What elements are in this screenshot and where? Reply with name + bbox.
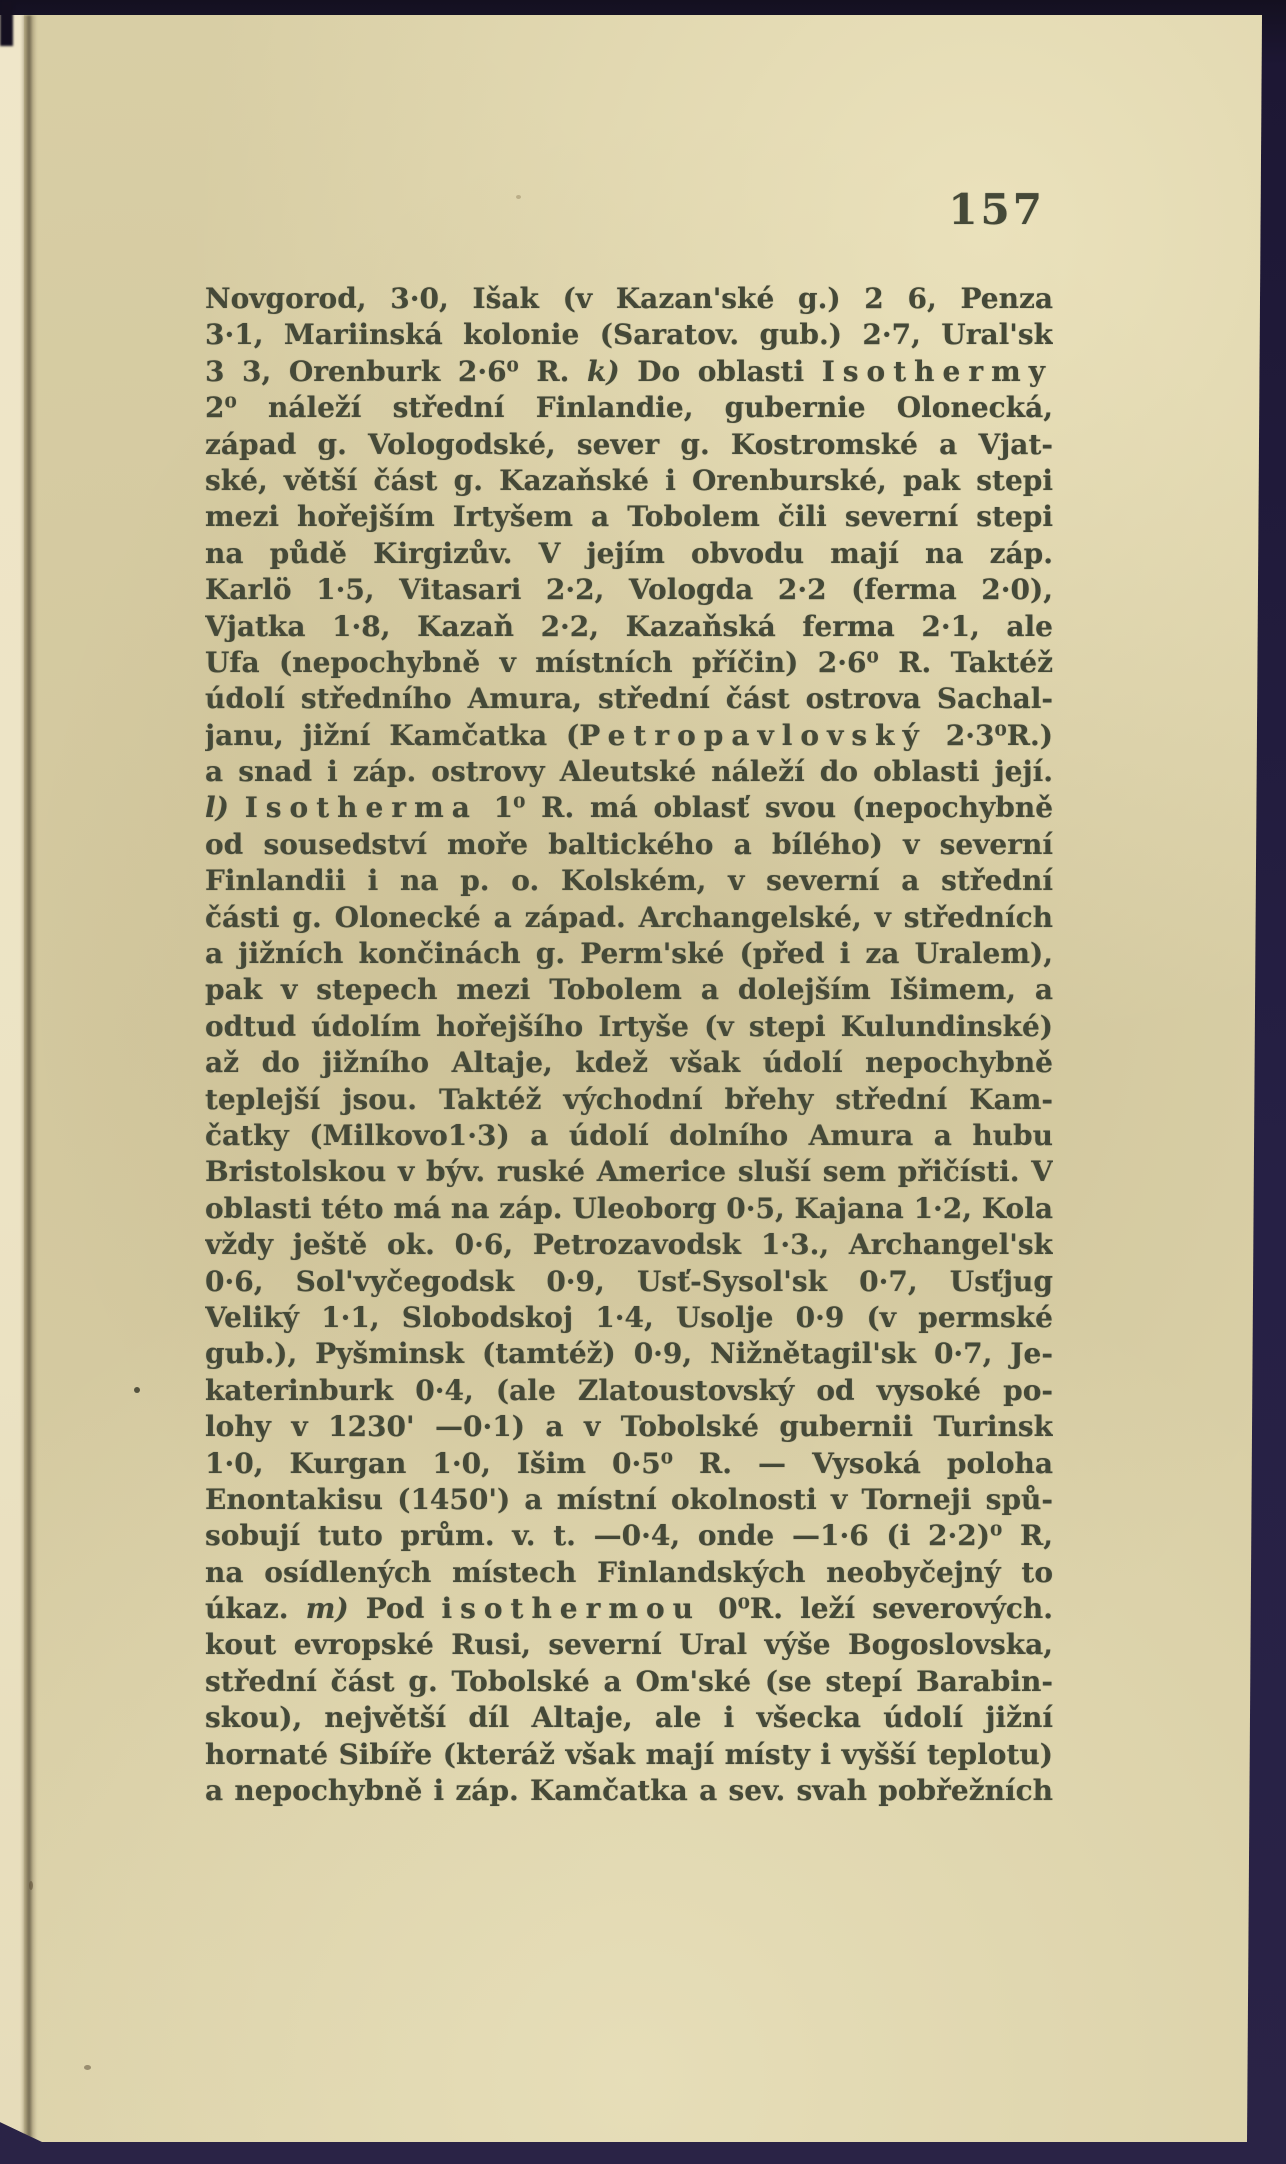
text-line: střední část g. Tobolské a Om'ské (se st… [205, 1664, 1053, 1700]
text-line: skou), největší díl Altaje, ale i všecka… [205, 1700, 1053, 1736]
text-line: lohy v 1230' —0·1) a v Tobolské gubernii… [205, 1409, 1053, 1445]
text-line: sobují tuto prům. v. t. —0·4, onde —1·6 … [205, 1518, 1053, 1554]
text-line: ské, větší část g. Kazaňské i Orenburské… [205, 463, 1053, 499]
ink-speck [516, 195, 521, 199]
text-line: údolí středního Amura, střední část ostr… [205, 681, 1053, 717]
text-line: gub.), Pyšminsk (tamtéž) 0·9, Nižnětagil… [205, 1336, 1053, 1372]
text-line: Enontakisu (1450') a místní okolnosti v … [205, 1482, 1053, 1518]
text-line: odtud údolím hořejšího Irtyše (v stepi K… [205, 1009, 1053, 1045]
text-line: l) Isotherma 1⁰ R. má oblasť svou (nepoc… [205, 790, 1053, 826]
page-text-block: Novgorod, 3·0, Išak (v Kazan'ské g.) 2 6… [205, 281, 1053, 1809]
text-line: Finlandii i na p. o. Kolském, v severní … [205, 863, 1053, 899]
text-line: hornaté Sibíře (kteráž však mají místy i… [205, 1737, 1053, 1773]
text-line: vždy ještě ok. 0·6, Petrozavodsk 1·3., A… [205, 1227, 1053, 1263]
text-line: na osídlených místech Finlandských neoby… [205, 1555, 1053, 1591]
text-line: Veliký 1·1, Slobodskoj 1·4, Usolje 0·9 (… [205, 1300, 1053, 1336]
ink-speck [29, 1881, 33, 1890]
text-line: kout evropské Rusi, severní Ural výše Bo… [205, 1627, 1053, 1663]
page-paper: 157 Novgorod, 3·0, Išak (v Kazan'ské g.)… [0, 15, 1262, 2142]
scanned-book-page: 157 Novgorod, 3·0, Išak (v Kazan'ské g.)… [0, 0, 1286, 2164]
text-line: Karlö 1·5, Vitasari 2·2, Vologda 2·2 (fe… [205, 572, 1053, 608]
text-line: a nepochybně i záp. Kamčatka a sev. svah… [205, 1773, 1053, 1809]
text-line: 2⁰ náleží střední Finlandie, gubernie Ol… [205, 390, 1053, 426]
text-line: janu, jižní Kamčatka (Petropavlovský 2·3… [205, 718, 1053, 754]
text-line: Bristolskou v býv. ruské Americe sluší s… [205, 1154, 1053, 1190]
text-line: Ufa (nepochybně v místních příčin) 2·6⁰ … [205, 645, 1053, 681]
text-line: části g. Olonecké a západ. Archangelské,… [205, 900, 1053, 936]
page-number: 157 [205, 185, 1045, 234]
binding-crease [21, 15, 37, 2142]
text-line: a jižních končinách g. Perm'ské (před i … [205, 936, 1053, 972]
text-line: 1·0, Kurgan 1·0, Išim 0·5⁰ R. — Vysoká p… [205, 1446, 1053, 1482]
text-line: teplejší jsou. Taktéž východní břehy stř… [205, 1082, 1053, 1118]
binding-corner-shadow [0, 0, 13, 46]
text-line: Novgorod, 3·0, Išak (v Kazan'ské g.) 2 6… [205, 281, 1053, 317]
ink-speck [84, 2065, 91, 2070]
text-line: na půdě Kirgizův. V jejím obvodu mají na… [205, 536, 1053, 572]
text-line: od sousedství moře baltického a bílého) … [205, 827, 1053, 863]
text-line: čatky (Milkovo1·3) a údolí dolního Amura… [205, 1118, 1053, 1154]
text-line: a snad i záp. ostrovy Aleutské náleží do… [205, 754, 1053, 790]
text-line: 0·6, Sol'vyčegodsk 0·9, Usť-Sysol'sk 0·7… [205, 1264, 1053, 1300]
text-line: až do jižního Altaje, kdež však údolí ne… [205, 1045, 1053, 1081]
text-line: Vjatka 1·8, Kazaň 2·2, Kazaňská ferma 2·… [205, 609, 1053, 645]
text-line: katerinburk 0·4, (ale Zlatoustovský od v… [205, 1373, 1053, 1409]
text-line: západ g. Vologodské, sever g. Kostromské… [205, 427, 1053, 463]
text-line: oblasti této má na záp. Uleoborg 0·5, Ka… [205, 1191, 1053, 1227]
ink-speck [134, 1387, 140, 1393]
text-line: 3 3, Orenburk 2·6⁰ R. k) Do oblasti Isot… [205, 354, 1053, 390]
text-line: mezi hořejším Irtyšem a Tobolem čili sev… [205, 499, 1053, 535]
text-line: pak v stepech mezi Tobolem a dolejším Iš… [205, 972, 1053, 1008]
text-line: úkaz. m) Pod isothermou 0⁰R. leží severo… [205, 1591, 1053, 1627]
text-line: 3·1, Mariinská kolonie (Saratov. gub.) 2… [205, 317, 1053, 353]
